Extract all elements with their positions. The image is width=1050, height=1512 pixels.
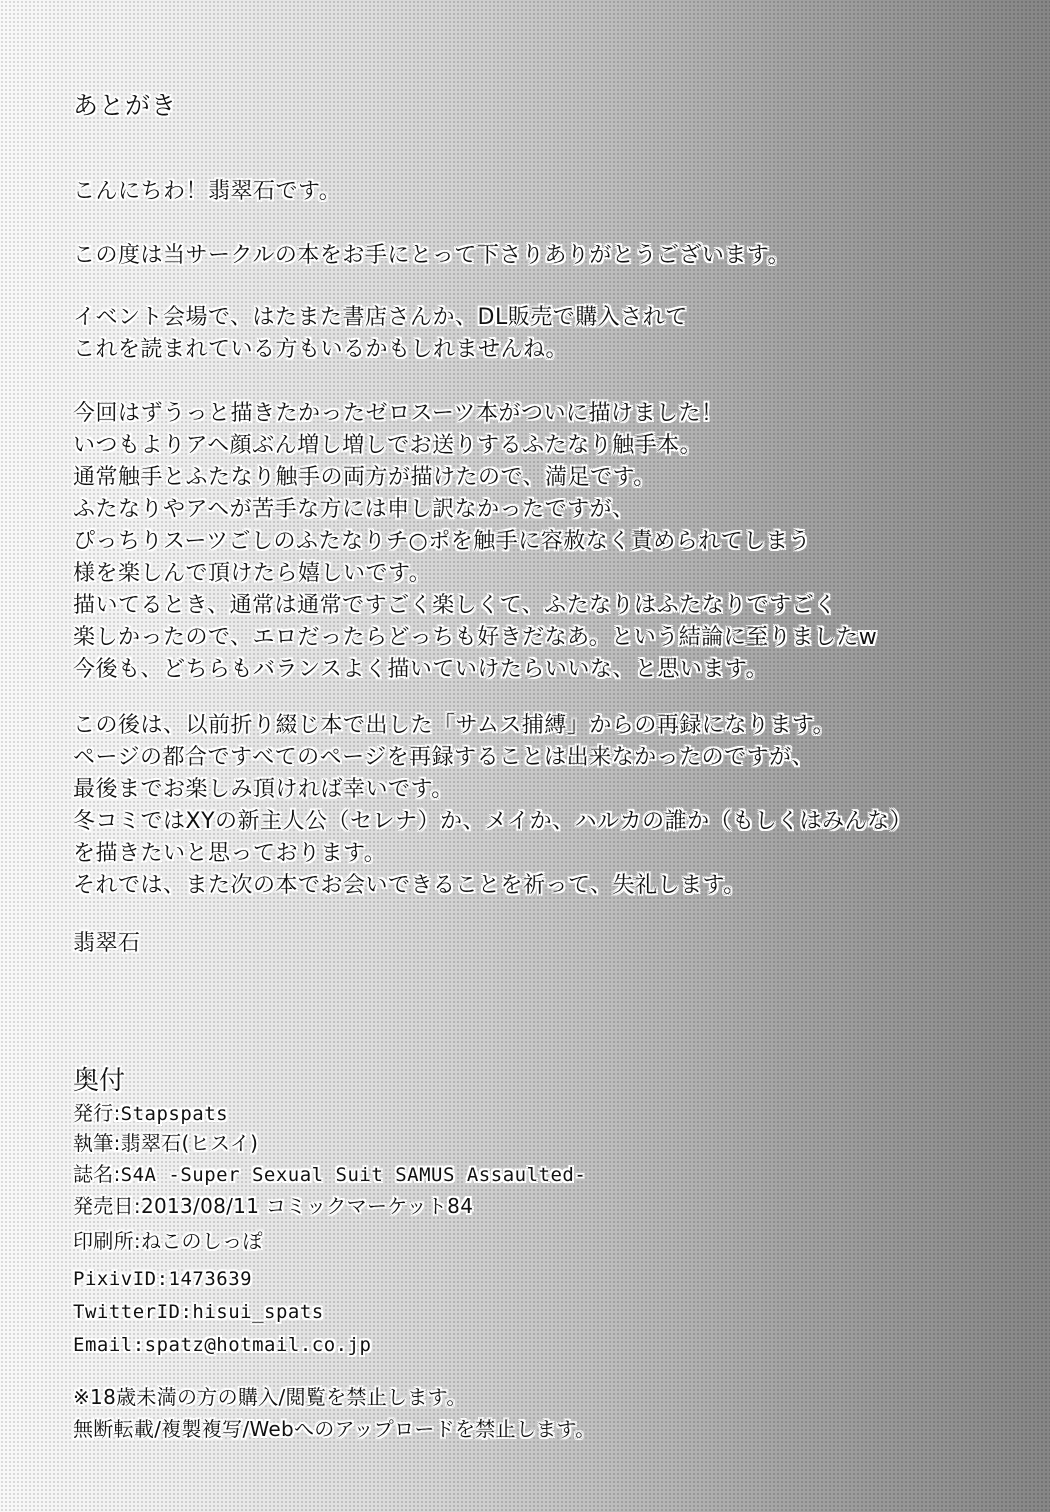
paragraph-line: 通常触手とふたなり触手の両方が描けたので、満足です。	[73, 462, 656, 494]
paragraph-line: この後は、以前折り綴じ本で出した「サムス捕縛」からの再録になります。	[73, 710, 835, 742]
colophon-entry-email: Email:spatz@hotmail.co.jp	[73, 1329, 371, 1360]
colophon-entry-pixiv: PixivID:1473639	[73, 1263, 252, 1294]
greeting-line: こんにちわ！翡翠石です。	[73, 176, 341, 208]
paragraph-line: 最後までお楽しみ頂ければ幸いです。	[73, 774, 454, 806]
colophon-entry-author: 執筆:翡翠石(ヒスイ)	[73, 1128, 258, 1158]
entry-label: 誌名:	[73, 1162, 121, 1186]
paragraph-line: 描いてるとき、通常は通常ですごく楽しくて、ふたなりはふたなりですごく	[73, 590, 837, 622]
afterword-title: あとがき	[73, 86, 177, 122]
entry-value: Stapspats	[121, 1103, 228, 1125]
entry-value: hisui_spats	[192, 1301, 323, 1323]
entry-value: spatz@hotmail.co.jp	[145, 1334, 372, 1356]
colophon-entry-printer: 印刷所:ねこのしっぽ	[73, 1226, 263, 1256]
paragraph-line: ふたなりやアヘが苦手な方には申し訳なかったですが、	[73, 494, 635, 526]
entry-label: 執筆:	[73, 1131, 121, 1155]
paragraph-line: これを読まれている方もいるかもしれませんね。	[73, 334, 568, 366]
colophon-title: 奥付	[73, 1060, 125, 1097]
entry-label: Email:	[73, 1334, 145, 1356]
paragraph-line: ぴっちりスーツごしのふたなりチ○ポを触手に容赦なく責められてしまう	[73, 526, 811, 558]
paragraph-line: 様を楽しんで頂けたら嬉しいです。	[73, 558, 431, 590]
paragraph-line: イベント会場で、はたまた書店さんか、DL販売で購入されて	[73, 302, 688, 334]
colophon-entry-twitter: TwitterID:hisui_spats	[73, 1296, 324, 1327]
paragraph-line: 冬コミではXYの新主人公（セレナ）か、メイか、ハルカの誰か（もしくはみんな）	[73, 806, 912, 838]
entry-label: 発行:	[73, 1101, 121, 1125]
paragraph-line: 今後も、どちらもバランスよく描いていけたらいいな、と思います。	[73, 654, 768, 686]
entry-label: PixivID:	[73, 1268, 169, 1290]
entry-value: ねこのしっぽ	[141, 1229, 263, 1253]
colophon-entry-title: 誌名:S4A -Super Sexual Suit SAMUS Assaulte…	[73, 1159, 586, 1190]
copyright-notice: 無断転載/複製複写/Webへのアップロードを禁止します。	[73, 1414, 595, 1444]
paragraph-line: 今回はずうっと描きたかったゼロスーツ本がついに描けました！	[73, 398, 724, 430]
paragraph-line: いつもよりアヘ顔ぶん増し増しでお送りするふたなり触手本。	[73, 430, 702, 462]
colophon-entry-publisher: 発行:Stapspats	[73, 1098, 228, 1129]
paragraph-line: ページの都合ですべてのページを再録することは出来なかったのですが、	[73, 742, 814, 774]
entry-label: 印刷所:	[73, 1229, 141, 1253]
paragraph-line: 楽しかったので、エロだったらどっちも好きだなあ。という結論に至りましたw	[73, 622, 877, 654]
colophon-entry-release-date: 発売日:2013/08/11 コミックマーケット84	[73, 1191, 473, 1221]
paragraph-line: を描きたいと思っております。	[73, 838, 386, 870]
entry-value: S4A -Super Sexual Suit SAMUS Assaulted-	[121, 1164, 587, 1186]
paragraph-line: それでは、また次の本でお会いできることを祈って、失礼します。	[73, 870, 746, 902]
entry-value: 1473639	[169, 1268, 253, 1290]
entry-value: 翡翠石(ヒスイ)	[121, 1131, 259, 1155]
thanks-line: この度は当サークルの本をお手にとって下さりありがとうございます。	[73, 240, 790, 272]
entry-value: 2013/08/11 コミックマーケット84	[141, 1194, 473, 1218]
signature: 翡翠石	[73, 928, 141, 960]
entry-label: TwitterID:	[73, 1301, 192, 1323]
age-restriction-notice: ※18歳未満の方の購入/閲覧を禁止します。	[73, 1382, 467, 1412]
entry-label: 発売日:	[73, 1194, 141, 1218]
